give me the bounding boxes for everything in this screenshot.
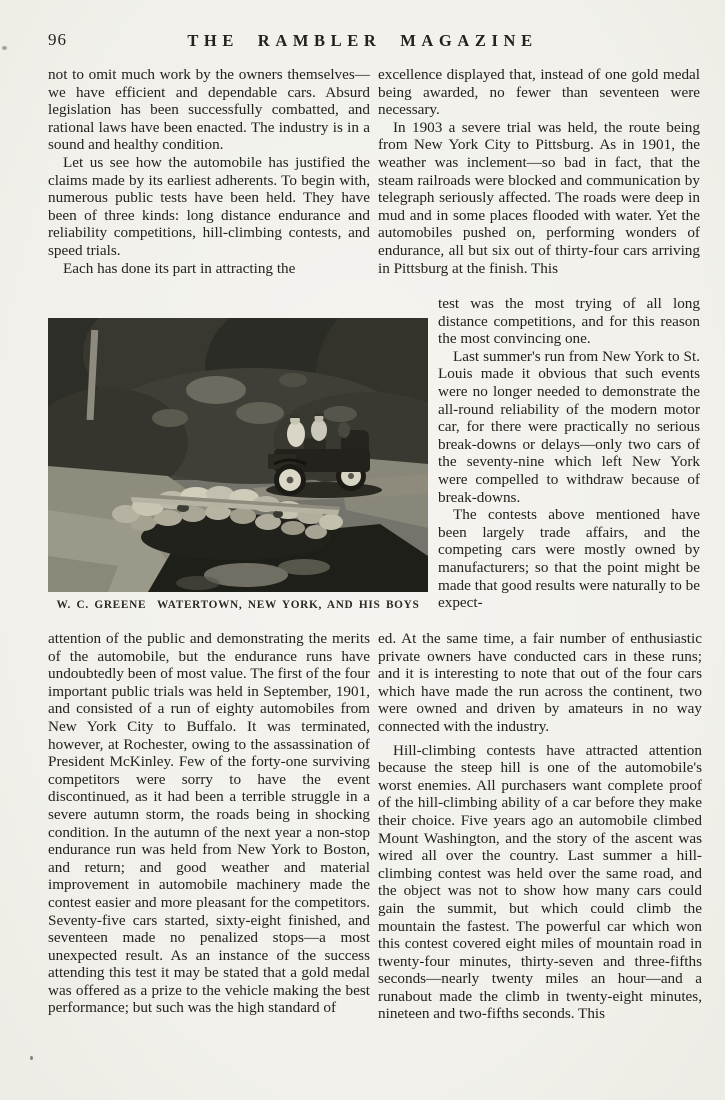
paragraph: ed. At the same time, a fair number of e… bbox=[378, 630, 702, 736]
paragraph: not to omit much work by the owners them… bbox=[48, 66, 370, 154]
photo-illustration bbox=[48, 318, 428, 592]
paragraph: Last summer's run from New York to St. L… bbox=[438, 348, 700, 506]
paragraph: Hill-climbing contests have attracted at… bbox=[378, 742, 702, 1024]
scan-speck bbox=[30, 1056, 33, 1060]
left-column-top: not to omit much work by the owners them… bbox=[48, 66, 370, 277]
right-column-top: excellence displayed that, instead of on… bbox=[378, 66, 700, 277]
paragraph: The contests above mentioned have been l… bbox=[438, 506, 700, 612]
paragraph: Each has done its part in attracting the bbox=[48, 260, 370, 278]
paragraph: excellence displayed that, instead of on… bbox=[378, 66, 700, 119]
paragraph: attention of the public and demonstratin… bbox=[48, 630, 370, 1017]
left-column-bottom: attention of the public and demonstratin… bbox=[48, 630, 370, 1017]
photo-caption: W. C. GREENE WATERTOWN, NEW YORK, AND HI… bbox=[48, 599, 428, 611]
scan-speck bbox=[2, 46, 7, 50]
magazine-title: THE RAMBLER MAGAZINE bbox=[0, 31, 725, 51]
magazine-page: 96 THE RAMBLER MAGAZINE not to omit much… bbox=[0, 0, 725, 1100]
paragraph: Let us see how the automobile has justif… bbox=[48, 154, 370, 260]
paragraph: test was the most trying of all long dis… bbox=[438, 295, 700, 348]
article-photo-bridge-car bbox=[48, 318, 428, 592]
right-column-middle: test was the most trying of all long dis… bbox=[438, 295, 700, 612]
paragraph: In 1903 a severe trial was held, the rou… bbox=[378, 119, 700, 277]
right-column-bottom: ed. At the same time, a fair number of e… bbox=[378, 630, 702, 1023]
